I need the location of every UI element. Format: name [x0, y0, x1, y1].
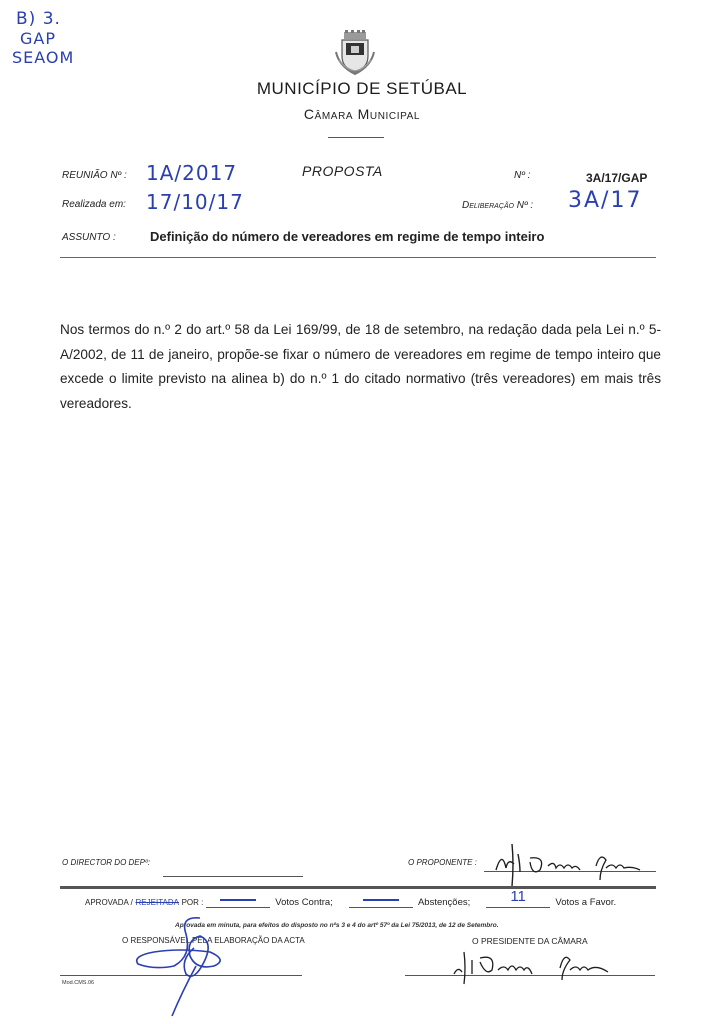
- deliberation-number-value: 3A/17: [568, 188, 642, 213]
- document-type: PROPOSTA: [302, 163, 383, 179]
- proponent-label: O PROPONENTE :: [408, 858, 477, 867]
- subject-value: Definição do número de vereadores em reg…: [150, 229, 544, 244]
- abstentions-value: [363, 899, 399, 901]
- municipality-name: MUNICÍPIO DE SETÚBAL: [0, 79, 724, 99]
- votes-row: Aprovada / Rejeitada por : Votos Contra;…: [85, 893, 616, 908]
- meeting-number-label: REUNIÃO Nº :: [62, 170, 127, 181]
- held-on-value: 17/10/17: [146, 190, 244, 214]
- annotation-line: GAP: [20, 29, 74, 48]
- director-label: O DIRECTOR DO DEPº:: [62, 858, 150, 867]
- annotation-line: SEAOM: [12, 48, 74, 67]
- approval-divider: [60, 886, 656, 889]
- proposal-body: Nos termos do n.º 2 do art.º 58 da Lei 1…: [60, 318, 661, 416]
- votes-against-field[interactable]: [206, 893, 270, 908]
- subject-label: ASSUNTO :: [62, 232, 116, 243]
- approved-label: Aprovada /: [85, 898, 133, 907]
- votes-against-value: [220, 899, 256, 901]
- director-signature-line: [163, 876, 303, 877]
- votes-against-label: Votos Contra;: [275, 897, 333, 908]
- proposal-number-value: 3A/17/GAP: [586, 171, 647, 185]
- votes-for-field[interactable]: 11: [486, 893, 550, 908]
- municipal-coat-of-arms-icon: [333, 30, 377, 76]
- header-divider: [328, 137, 384, 138]
- subject-divider: [60, 257, 656, 258]
- by-label: por :: [182, 898, 204, 907]
- minutes-responsible-signature: [130, 912, 230, 1024]
- annotation-line: B) 3.: [16, 10, 74, 29]
- handwritten-annotation: B) 3. GAP SEAOM: [12, 10, 74, 67]
- form-code: Mod.CMS.06: [62, 980, 94, 986]
- president-signature: [450, 944, 630, 991]
- abstentions-label: Abstenções;: [418, 897, 470, 908]
- deliberation-number-label: Deliberação Nº :: [462, 200, 533, 211]
- council-name: Câmara Municipal: [0, 106, 724, 122]
- votes-for-value: 11: [510, 888, 526, 905]
- votes-for-label: Votos a Favor.: [555, 897, 616, 908]
- abstentions-field[interactable]: [349, 893, 413, 908]
- meeting-number-value: 1A/2017: [146, 161, 237, 185]
- rejected-label: Rejeitada: [136, 898, 179, 907]
- proposal-number-label: Nº :: [514, 170, 530, 181]
- held-on-label: Realizada em:: [62, 199, 126, 210]
